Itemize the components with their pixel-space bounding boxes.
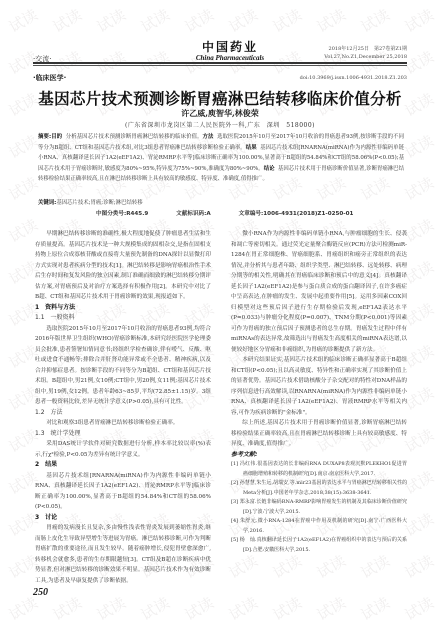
document-code: 文献标识码:A (176, 211, 211, 217)
discussion-paragraph-2: 微小RNA作为内源性非编码单链小RNA,与肿瘤细胞的生长、侵袭和凋亡等密切相关。… (231, 229, 407, 355)
section-2-heading: 2 结果 (35, 460, 211, 471)
keywords: 关键词:基因芯片技术;胃癌;诊断;淋巴结转移 (38, 198, 404, 206)
section-2-text: 基因芯片技术组[RNARNA(miRNA)作为内源性非编码单链小RNA、真核翻译… (35, 471, 211, 513)
section-1-2-heading: 1.2 方法 (35, 408, 211, 419)
doi: doi:10.3969/j.issn.1006-4931.2018.Z1.203 (300, 75, 407, 81)
keywords-text: 基因芯片技术;胃癌;诊断;淋巴结转移 (56, 200, 142, 206)
section-1-3-heading: 1.3 统计学处理 (35, 429, 211, 440)
discussion-paragraph-1: 胃癌的发病漫长且复杂,多由慢性浅表性胃炎发展到萎缩性胃炎,继而肠上皮化生导致异型… (35, 523, 211, 586)
page-number: 250 (33, 587, 48, 598)
objective-label: 目的 (51, 134, 62, 140)
affiliation: (广东省深圳市龙岗区第二人民医院外一科,广东 深圳 518000) (0, 120, 440, 129)
article-title: 基因芯片技术预测诊断胃癌淋巴结转移临床价值分析 (0, 87, 440, 109)
issue-info: 2018年12月25日 第27卷第Z1期 Vol.27,No.Z1,Decemb… (324, 45, 407, 61)
journal-name-cn: 中国药业 (185, 38, 275, 55)
clc-number: 中图分类号:R445.9 (96, 211, 148, 217)
reference-item: [5] 杨 灿.真核翻译延长因子1A2(eEF1A2)在胃癌组织中的表达与预后的… (231, 536, 407, 555)
right-column: 微小RNA作为内源性非编码单链小RNA,与肿瘤细胞的生长、侵袭和凋亡等密切相关。… (231, 229, 407, 555)
abstract: 摘要:目的 分析基因芯片技术预测诊断胃癌淋巴结转移的临床价值。方法 选取医院20… (38, 132, 404, 185)
section-1-3-text: 采用DAS统计学软件对研究数据进行分析,样本率比较以率(%)表示,行χ²检验,P… (35, 439, 211, 460)
journal-name-en: China Pharmaceuticals (185, 54, 275, 62)
classification-line: 中图分类号:R445.9 文献标识码:A 文章编号:1006-4931(2018… (96, 209, 379, 217)
conclusion-label: 结论 (264, 166, 275, 172)
issue-date-en: Vol.27,No.Z1,December 25,2018 (324, 53, 407, 61)
section-1-1-text: 选取医院2015年10月至2017年10月收治的胃癌患者93例,均符合2016年… (35, 324, 211, 408)
section-1-2-text: 对比和观察3组患者胃癌淋巴结转移诊断检验正确率。 (35, 418, 211, 429)
issue-date-cn: 2018年12月25日 第27卷第Z1期 (324, 45, 407, 53)
reference-item: [4] 朱舒元.微小RNA-1284在胃癌中作用及机制的研究[D].南宁:广西医… (231, 517, 407, 536)
discussion-paragraph-3: 本研究结果证实,基因芯片技术组的临床诊断正确率显著高于B超组和CT组(P<0.0… (231, 355, 407, 418)
references-heading: 参考文献: (231, 450, 407, 461)
results-label: 结果 (246, 145, 257, 151)
section-1-1-heading: 1.1 一般资料 (35, 313, 211, 324)
header-rule-thick (33, 62, 407, 64)
section-3-heading: 3 讨论 (35, 513, 211, 524)
header-rule-thin (33, 65, 407, 66)
paper-page: ·交流· 中国药业 China Pharmaceuticals 2018年12月… (0, 0, 440, 620)
discussion-paragraph-4: 综上所述,基因芯片技术用于胃癌诊断价值显著,诊断胃癌淋巴结转移检验结果正确率较高… (231, 418, 407, 450)
intro-paragraph: 早期淋巴结转移诊断的准确性,极大程度地促使了肿瘤患者生活和生存质量提高。基因芯片… (35, 229, 211, 303)
methods-label: 方法 (203, 134, 214, 140)
reference-item: [3] 郑永富.长链非编码RNA-RMRP影响胃癌发生的机制及其临床诊断价值研究… (231, 498, 407, 517)
article-number: 文章编号:1006-4931(2018)Z1-0250-01 (239, 211, 354, 217)
objective-text: 分析基因芯片技术预测诊断胃癌淋巴结转移的临床价值。 (66, 134, 203, 140)
keywords-label: 关键词: (38, 200, 56, 206)
reference-item: [1] 冯红伟.很基因表达的长非编码RNA DUXAP8表观沉默PLEKHO1促… (231, 460, 407, 479)
reference-item: [2] 孙慧慧,朱生远,胡瑞安,等.mir23基因的表达水平与胃癌淋巴结转移相关… (231, 479, 407, 498)
authors: 许乙威,庾智华,林俊荣 (0, 108, 440, 119)
abstract-label: 摘要: (38, 134, 51, 140)
left-column: 早期淋巴结转移诊断的准确性,极大程度地促使了肿瘤患者生活和生存质量提高。基因芯片… (35, 229, 211, 586)
journal-logo: 中国药业 China Pharmaceuticals (185, 38, 275, 62)
column-label: ·临床医学· (33, 73, 66, 83)
section-1-heading: 1 资料与方法 (35, 303, 211, 314)
